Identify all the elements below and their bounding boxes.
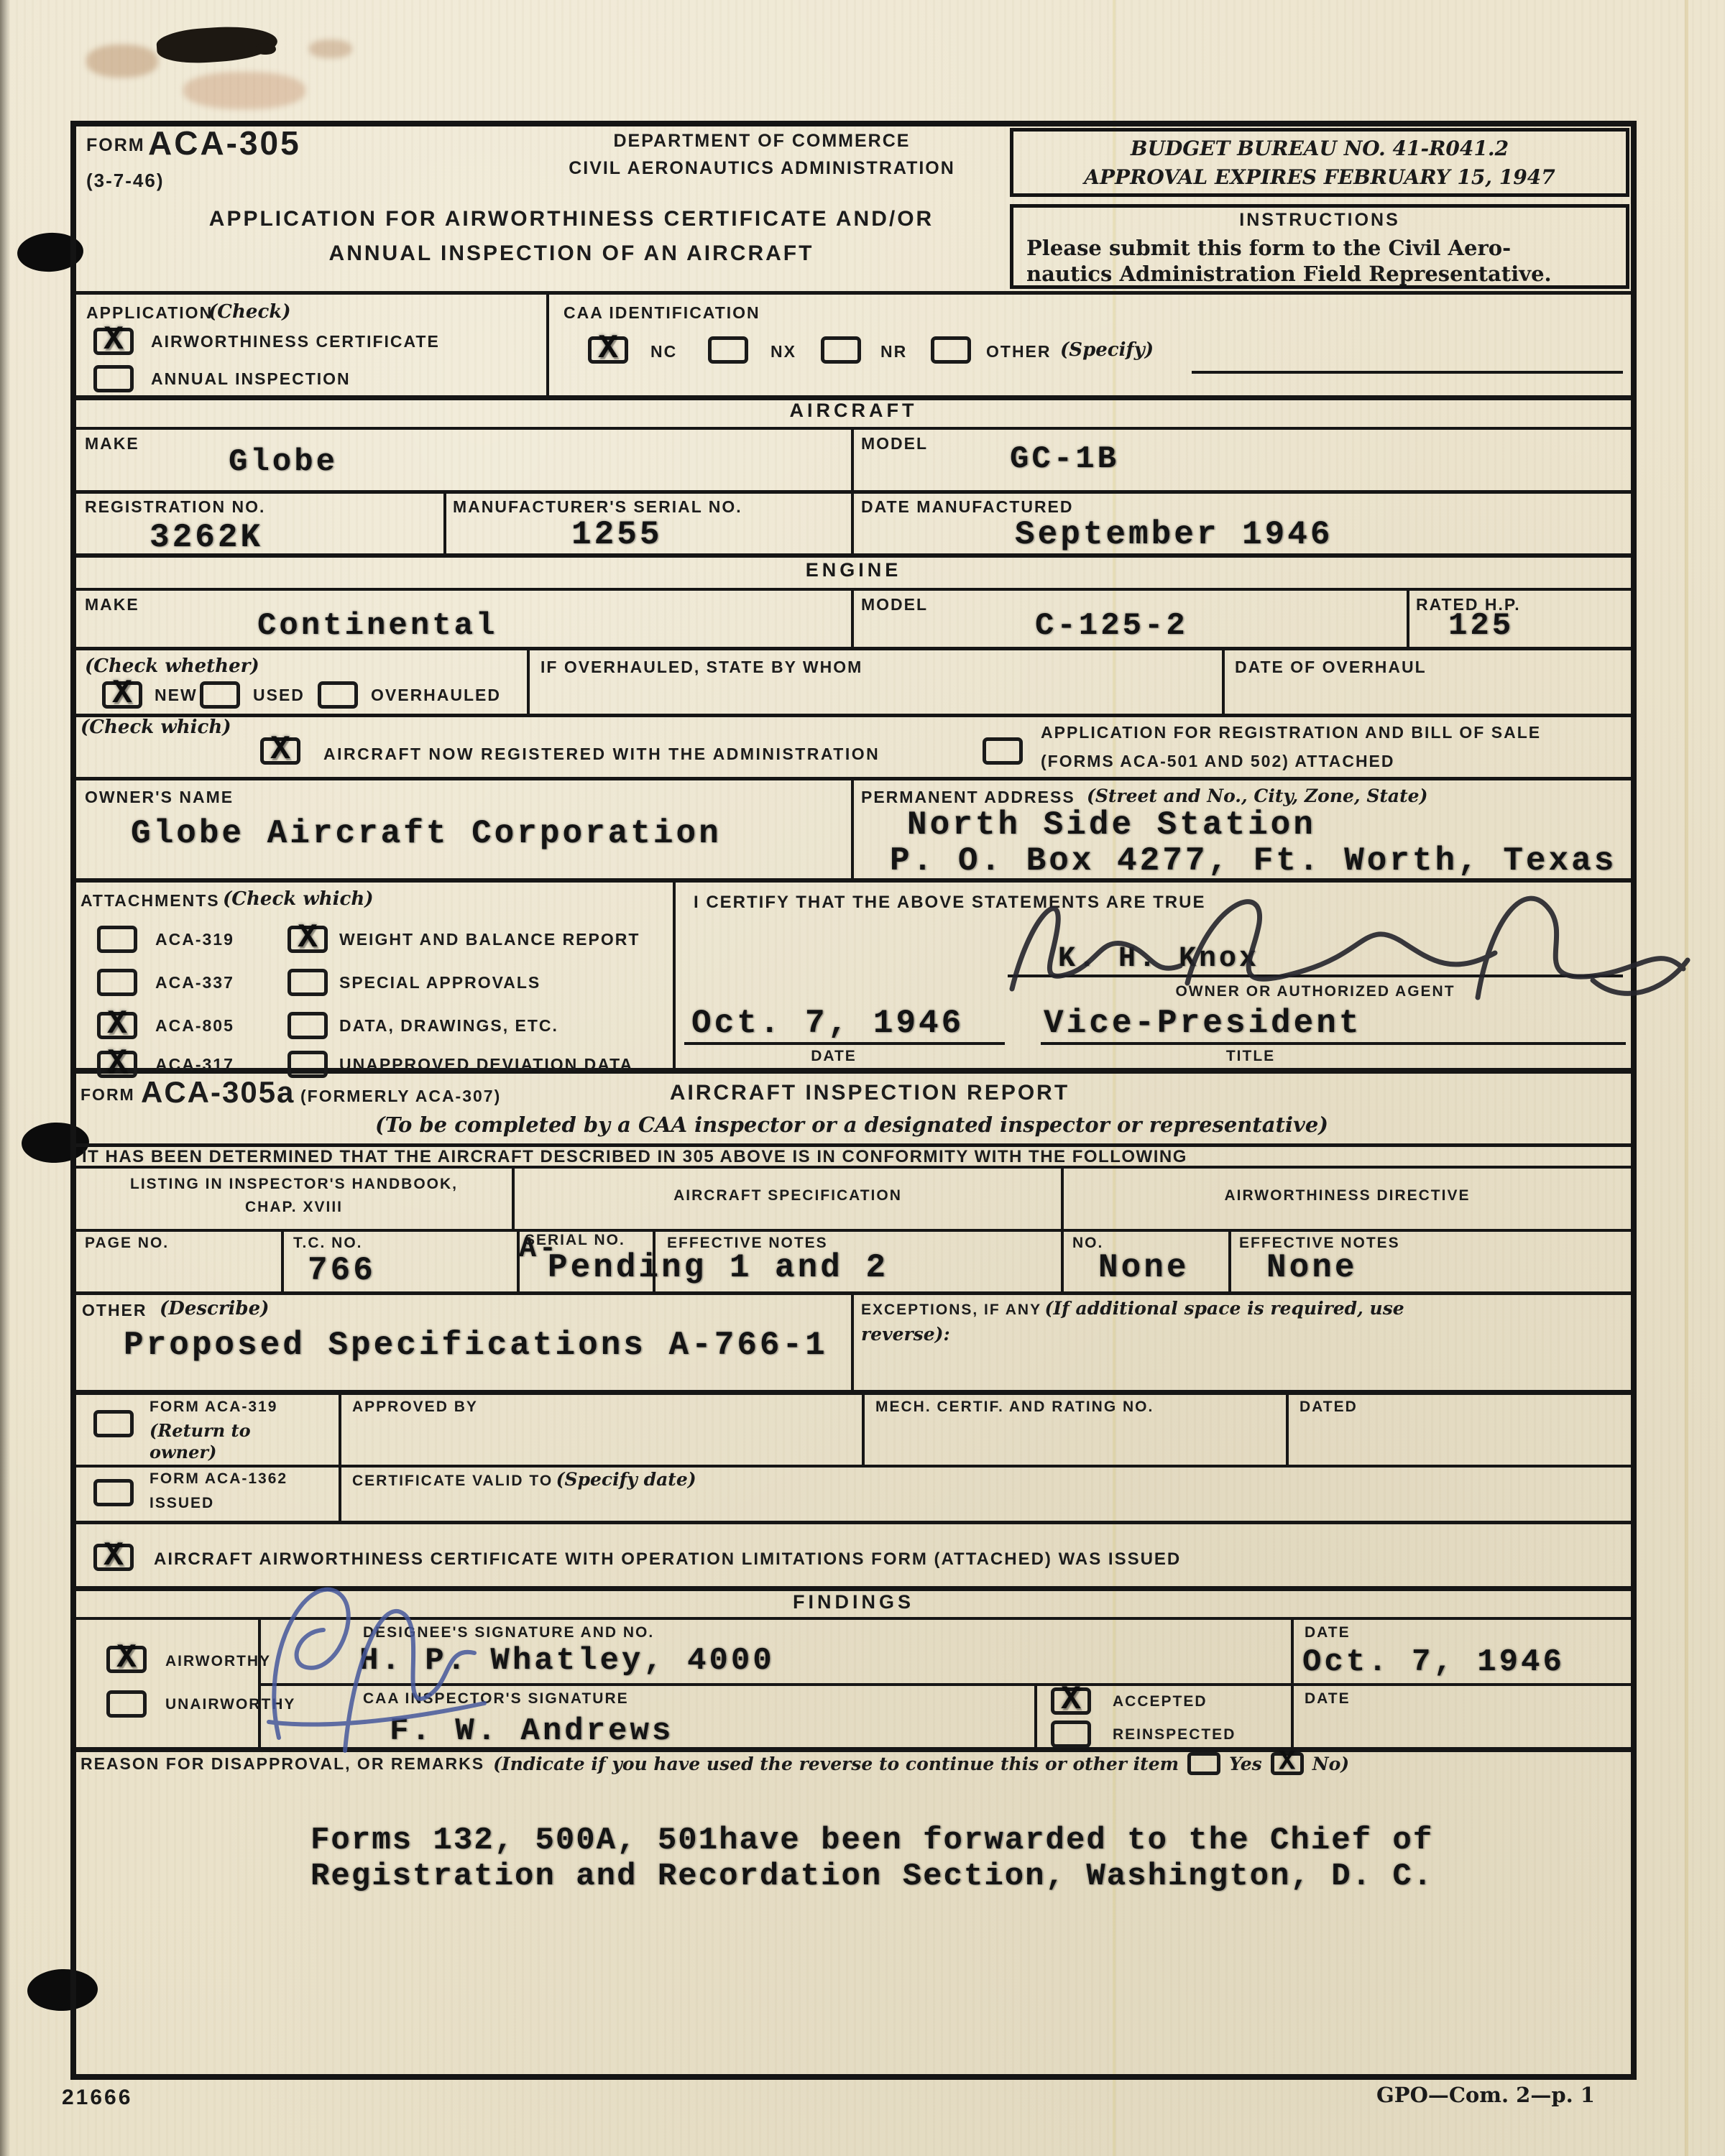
engine-section-title: ENGINE: [76, 559, 1631, 581]
divider: [1291, 1617, 1294, 1747]
divider: [851, 777, 854, 878]
reverse-no-checkbox: [1271, 1752, 1304, 1775]
registration-attached-line1: APPLICATION FOR REGISTRATION AND BILL OF…: [1041, 723, 1541, 742]
aca-805-checkbox: [97, 1012, 137, 1039]
unapproved-deviation-checkbox: [287, 1051, 328, 1078]
check-whether-note: (Check whether): [85, 655, 259, 677]
divider: [851, 490, 854, 553]
other-describe-label: OTHER: [82, 1301, 147, 1320]
aircraft-section-title: AIRCRAFT: [76, 400, 1631, 422]
airworthy-checkbox: [106, 1646, 147, 1673]
other-describe-value: Proposed Specifications A-766-1: [124, 1327, 828, 1364]
weight-balance-checkbox: [287, 926, 328, 953]
application-check-note: (Check): [208, 301, 291, 323]
registration-attached-checkbox: [983, 737, 1023, 765]
form-aca-1362-label: FORM ACA-1362: [149, 1470, 287, 1488]
engine-new-checkbox: [102, 681, 142, 709]
budget-bureau-line2: APPROVAL EXPIRES FEBRUARY 15, 1947: [1013, 165, 1626, 189]
reason-remarks-note: (Indicate if you have used the reverse t…: [493, 1754, 1179, 1774]
accepted-checkbox: [1051, 1687, 1091, 1715]
annual-inspection-label: ANNUAL INSPECTION: [151, 369, 351, 389]
report-form-word: FORM: [80, 1085, 135, 1105]
findings-date1-value: Oct. 7, 1946: [1302, 1644, 1565, 1680]
rust-stain: [183, 72, 305, 109]
exceptions-note-line2: reverse):: [861, 1324, 950, 1345]
findings-date2-label: DATE: [1305, 1690, 1351, 1708]
registered-checkbox: [260, 737, 300, 765]
nc-checkbox: [588, 336, 628, 364]
airworthiness-issued-checkbox: [93, 1544, 134, 1571]
divider: [76, 714, 1631, 717]
form-revision-date: (3-7-46): [86, 170, 164, 192]
aca-805-label: ACA-805: [155, 1016, 234, 1036]
aca-337-label: ACA-337: [155, 973, 234, 992]
engine-new-label: NEW: [155, 686, 198, 705]
divider: [1407, 588, 1409, 647]
department-line2: CIVIL AERONAUTICS ADMINISTRATION: [496, 158, 1028, 179]
nx-label: NX: [770, 342, 796, 361]
nc-label: NC: [650, 342, 677, 361]
divider: [339, 1465, 341, 1521]
engine-used-checkbox: [200, 681, 240, 709]
divider: [1286, 1390, 1289, 1465]
aca-317-checkbox: [97, 1051, 137, 1078]
aca-317-label: ACA-317: [155, 1055, 234, 1074]
divider: [851, 427, 854, 490]
certify-date-value: Oct. 7, 1946: [691, 1005, 964, 1042]
form-number: ACA-305: [148, 124, 301, 162]
engine-model-value: C-125-2: [1035, 608, 1188, 644]
tc-no-label: T.C. NO.: [293, 1235, 363, 1252]
form-title-line1: APPLICATION FOR AIRWORTHINESS CERTIFICAT…: [144, 207, 999, 231]
instructions-line2: nautics Administration Field Representat…: [1026, 262, 1552, 286]
divider: [76, 1390, 1631, 1395]
department-line1: DEPARTMENT OF COMMERCE: [496, 131, 1028, 152]
exceptions-note: (If additional space is required, use: [1045, 1298, 1404, 1319]
approved-by-label: APPROVED BY: [352, 1399, 478, 1416]
divider: [851, 588, 854, 647]
divider: [1061, 1229, 1064, 1291]
divider: [76, 1521, 1631, 1524]
aircraft-make-value: Globe: [229, 444, 338, 480]
divider: [76, 1465, 1631, 1468]
certify-title-label: TITLE: [1150, 1048, 1351, 1065]
mfr-serial-value: 1255: [571, 516, 662, 553]
designee-ink-signature: [237, 1545, 517, 1768]
directive-no-value: None: [1098, 1249, 1189, 1286]
specify-date-note: (Specify date): [556, 1469, 696, 1490]
nx-checkbox: [708, 336, 748, 364]
divider: [1222, 647, 1225, 714]
divider: [76, 1229, 1631, 1232]
reason-remarks-label: REASON FOR DISAPPROVAL, OR REMARKS: [80, 1754, 484, 1774]
aircraft-model-label: MODEL: [861, 434, 928, 453]
reinspected-checkbox: [1051, 1720, 1091, 1748]
rust-stain: [86, 45, 158, 78]
engine-used-label: USED: [253, 686, 305, 705]
reverse-yes-label: Yes: [1229, 1754, 1262, 1774]
data-drawings-checkbox: [287, 1012, 328, 1039]
aca-319-checkbox: [97, 926, 137, 953]
registration-no-value: 3262K: [149, 519, 263, 556]
divider: [546, 291, 549, 395]
instructions-title: INSTRUCTIONS: [1013, 210, 1626, 231]
address-line2: P. O. Box 4277, Ft. Worth, Texas: [890, 842, 1616, 880]
report-title: AIRCRAFT INSPECTION REPORT: [546, 1081, 1193, 1105]
mfr-serial-label: MANUFACTURER'S SERIAL NO.: [453, 497, 742, 517]
rated-hp-value: 125: [1448, 608, 1514, 644]
aca-337-checkbox: [97, 969, 137, 996]
form-title-line2: ANNUAL INSPECTION OF AN AIRCRAFT: [144, 241, 999, 266]
engine-overhauled-label: OVERHAULED: [371, 686, 501, 705]
annual-inspection-checkbox: [93, 365, 134, 392]
divider: [851, 1291, 854, 1390]
unapproved-deviation-label: UNAPPROVED DEVIATION DATA: [339, 1055, 633, 1074]
airworthiness-certificate-checkbox: [93, 328, 134, 355]
ink-smudge: [256, 43, 276, 55]
dated-label: DATED: [1299, 1399, 1358, 1416]
remarks-line1: Forms 132, 500A, 501have been forwarded …: [310, 1823, 1433, 1858]
exceptions-label: EXCEPTIONS, IF ANY: [861, 1302, 1041, 1318]
footer-print-code: 21666: [62, 2086, 132, 2110]
rust-stain: [309, 40, 352, 58]
mech-certif-label: MECH. CERTIF. AND RATING NO.: [875, 1399, 1154, 1416]
owner-ink-signature: [992, 875, 1711, 1033]
scan-line-artifact: [1685, 0, 1688, 2156]
report-form-number: ACA-305a: [141, 1075, 295, 1110]
date-underline: [684, 1042, 1005, 1045]
accepted-label: ACCEPTED: [1113, 1693, 1207, 1710]
overhauled-by-whom-label: IF OVERHAULED, STATE BY WHOM: [540, 658, 862, 677]
budget-bureau-line1: BUDGET BUREAU NO. 41-R041.2: [1013, 137, 1626, 160]
exceptions-label-line1: EXCEPTIONS, IF ANY (If additional space …: [861, 1298, 1404, 1319]
owners-name-label: OWNER'S NAME: [85, 788, 234, 807]
aircraft-spec-column: AIRCRAFT SPECIFICATION: [515, 1187, 1061, 1204]
divider: [862, 1390, 865, 1465]
attachments-note: (Check which): [223, 888, 374, 910]
other-specify-underline: [1192, 371, 1623, 374]
reinspected-label: REINSPECTED: [1113, 1726, 1236, 1743]
footer-gpo-note: GPO—Com. 2—p. 1: [1376, 2083, 1595, 2107]
scan-left-edge-shadow: [0, 0, 10, 2156]
engine-overhauled-checkbox: [318, 681, 358, 709]
attachments-label: ATTACHMENTS: [80, 891, 220, 911]
date-manufactured-label: DATE MANUFACTURED: [861, 497, 1074, 517]
form-word: FORM: [86, 135, 145, 156]
divider: [339, 1390, 341, 1465]
certify-date-label: DATE: [733, 1048, 934, 1065]
divider: [527, 647, 530, 714]
special-approvals-checkbox: [287, 969, 328, 996]
form-aca-319-checkbox: [93, 1410, 134, 1437]
divider: [76, 291, 1631, 295]
divider: [76, 647, 1631, 650]
form-aca-319-label: FORM ACA-319: [149, 1399, 277, 1416]
directive-notes-value: None: [1266, 1249, 1357, 1286]
issued-label: ISSUED: [149, 1495, 214, 1512]
permanent-address-label: PERMANENT ADDRESS: [861, 788, 1075, 807]
reason-remarks-row: REASON FOR DISAPPROVAL, OR REMARKS (Indi…: [80, 1752, 1633, 1775]
reverse-no-label: No): [1312, 1754, 1349, 1774]
nr-label: NR: [880, 342, 907, 361]
other-describe-note: (Describe): [160, 1298, 269, 1319]
airworthiness-certificate-label: AIRWORTHINESS CERTIFICATE: [151, 332, 440, 351]
weight-balance-label: WEIGHT AND BALANCE REPORT: [339, 930, 640, 949]
other-label: OTHER: [986, 342, 1052, 361]
reverse-yes-checkbox: [1187, 1752, 1220, 1775]
effective-notes-value: Pending 1 and 2: [548, 1249, 888, 1286]
airworthiness-directive-column: AIRWORTHINESS DIRECTIVE: [1064, 1187, 1631, 1204]
caa-identification-label: CAA IDENTIFICATION: [563, 303, 760, 323]
unairworthy-checkbox: [106, 1690, 147, 1718]
aircraft-model-value: GC-1B: [1010, 441, 1119, 477]
other-specify-note: (Specify): [1060, 339, 1154, 361]
check-which-note: (Check which): [80, 717, 231, 738]
divider: [1034, 1683, 1037, 1747]
divider: [281, 1229, 284, 1291]
permanent-address-note: (Street and No., City, Zone, State): [1087, 786, 1427, 806]
special-approvals-label: SPECIAL APPROVALS: [339, 973, 540, 992]
registration-attached-line2: (FORMS ACA-501 AND 502) ATTACHED: [1041, 752, 1395, 771]
divider: [673, 878, 676, 1068]
date-of-overhaul-label: DATE OF OVERHAUL: [1235, 658, 1427, 677]
findings-date1-label: DATE: [1305, 1624, 1351, 1641]
address-line1: North Side Station: [907, 806, 1316, 844]
tc-no-value: 766: [308, 1252, 376, 1289]
registered-label: AIRCRAFT NOW REGISTERED WITH THE ADMINIS…: [323, 745, 880, 764]
remarks-line2: Registration and Recordation Section, Wa…: [310, 1858, 1433, 1894]
aca-319-label: ACA-319: [155, 930, 234, 949]
other-checkbox: [931, 336, 971, 364]
aircraft-make-label: MAKE: [85, 434, 139, 453]
nr-checkbox: [821, 336, 861, 364]
application-label: APPLICATION: [86, 303, 213, 323]
scanned-form-page: FORM ACA-305 (3-7-46) DEPARTMENT OF COMM…: [0, 0, 1725, 2156]
page-no-label: PAGE NO.: [85, 1235, 169, 1252]
engine-make-label: MAKE: [85, 595, 139, 614]
listing-column-line2: CHAP. XVIII: [79, 1199, 509, 1216]
title-underline: [1041, 1042, 1626, 1045]
report-subtitle: (To be completed by a CAA inspector or a…: [287, 1112, 1416, 1137]
certificate-valid-to-label: CERTIFICATE VALID TO: [352, 1473, 553, 1489]
certificate-valid-to-line: CERTIFICATE VALID TO (Specify date): [352, 1469, 696, 1490]
divider: [1228, 1229, 1231, 1291]
return-to-note-line1: (Return to: [149, 1420, 251, 1441]
divider: [76, 553, 1631, 558]
registration-no-label: REGISTRATION NO.: [85, 497, 265, 517]
owners-name-value: Globe Aircraft Corporation: [131, 815, 722, 852]
engine-make-value: Continental: [257, 608, 497, 644]
listing-column-line1: LISTING IN INSPECTOR'S HANDBOOK,: [79, 1176, 509, 1193]
engine-model-label: MODEL: [861, 595, 928, 614]
date-manufactured-value: September 1946: [1015, 516, 1333, 553]
determination-statement: IT HAS BEEN DETERMINED THAT THE AIRCRAFT…: [82, 1147, 1187, 1167]
report-formerly-note: (FORMERLY ACA-307): [300, 1087, 501, 1106]
instructions-line1: Please submit this form to the Civil Aer…: [1026, 236, 1511, 260]
data-drawings-label: DATA, DRAWINGS, ETC.: [339, 1016, 558, 1036]
form-aca-1362-checkbox: [93, 1479, 134, 1506]
divider: [443, 490, 446, 553]
return-to-note-line2: owner): [149, 1442, 216, 1462]
